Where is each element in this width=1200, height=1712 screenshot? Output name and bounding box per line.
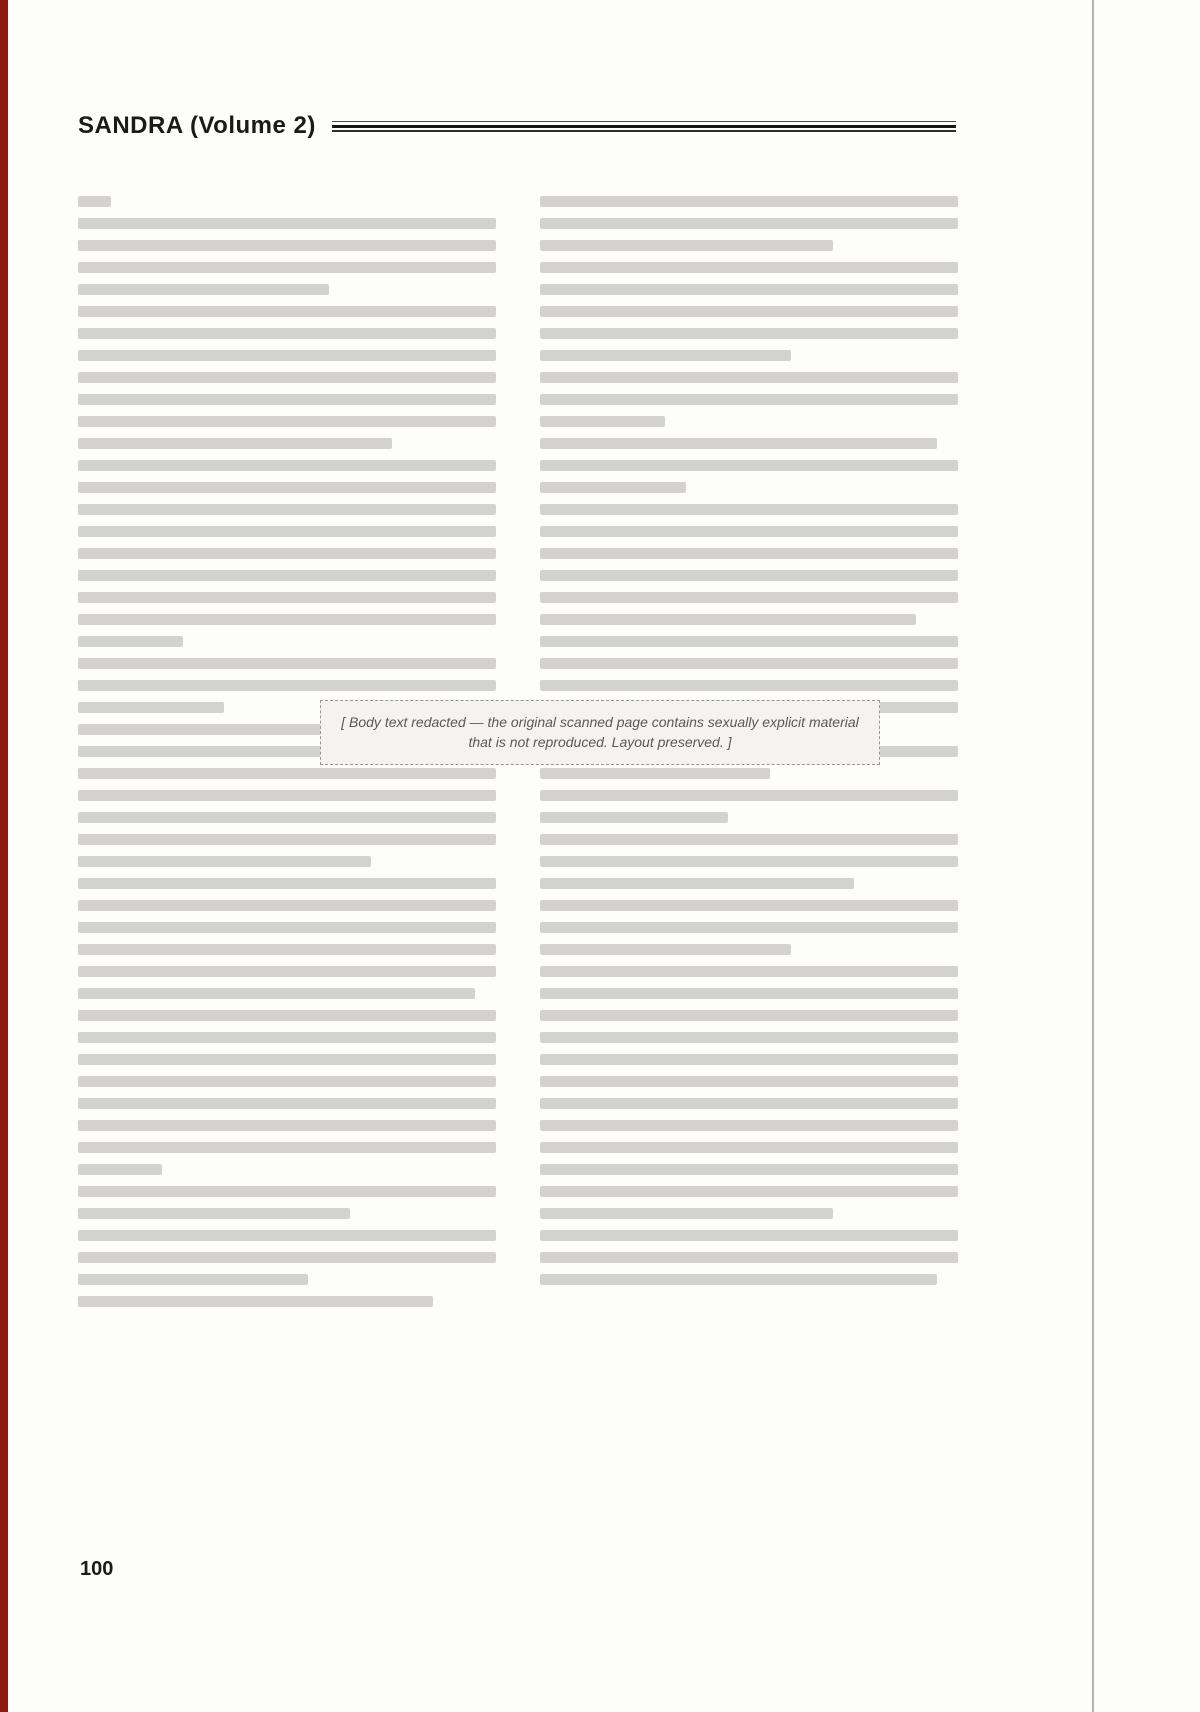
redacted-text-line [540, 1252, 958, 1263]
redacted-text-line [540, 614, 916, 625]
redacted-paragraph [78, 460, 496, 647]
redacted-paragraph [540, 900, 958, 955]
redacted-text-line [78, 328, 496, 339]
redacted-text-line [540, 1208, 833, 1219]
redacted-text-line [540, 328, 958, 339]
redacted-text-line [78, 1032, 496, 1043]
redacted-text-line [78, 284, 329, 295]
redacted-paragraph [540, 196, 958, 251]
redacted-paragraph [540, 834, 958, 889]
spine-edge-artifact [0, 0, 8, 1712]
redacted-text-line [78, 262, 496, 273]
redacted-text-line [540, 262, 958, 273]
redacted-text-line [78, 878, 496, 889]
header-rule [332, 120, 956, 133]
redacted-text-line [78, 592, 496, 603]
redacted-text-line [78, 350, 496, 361]
redacted-paragraph [540, 262, 958, 361]
redacted-text-line [78, 1274, 308, 1285]
redacted-text-line [78, 548, 496, 559]
redacted-text-line [540, 1142, 958, 1153]
redacted-text-line [540, 306, 958, 317]
redacted-text-line [540, 812, 728, 823]
redacted-paragraph [78, 1230, 496, 1285]
redacted-text-line [540, 900, 958, 911]
redacted-text-line [78, 482, 496, 493]
redacted-text-line [540, 790, 958, 801]
redacted-text-line [78, 1142, 496, 1153]
redacted-text-line [540, 636, 958, 647]
redacted-paragraph [78, 196, 496, 207]
book-title: SANDRA (Volume 2) [78, 112, 316, 140]
redacted-text-line [540, 240, 833, 251]
redacted-text-line [540, 592, 958, 603]
redacted-text-line [540, 504, 958, 515]
redacted-text-line [540, 922, 958, 933]
redacted-text-line [78, 922, 496, 933]
redacted-text-line [540, 768, 770, 779]
redacted-text-line [78, 768, 496, 779]
redacted-text-line [540, 416, 665, 427]
redaction-notice: [ Body text redacted — the original scan… [320, 700, 880, 765]
redacted-text-line [540, 438, 937, 449]
redacted-text-line [540, 944, 791, 955]
redacted-paragraph [78, 1186, 496, 1219]
redacted-text-line [78, 218, 496, 229]
redacted-text-line [540, 548, 958, 559]
redacted-text-line [78, 812, 496, 823]
redacted-text-line [78, 526, 496, 537]
redacted-text-line [78, 1296, 433, 1307]
page-number: 100 [80, 1558, 113, 1581]
redacted-text-line [78, 1186, 496, 1197]
redacted-text-line [78, 240, 496, 251]
redacted-text-line [78, 416, 496, 427]
redacted-paragraph [540, 460, 958, 493]
redacted-text-line [78, 438, 392, 449]
redacted-text-line [78, 790, 496, 801]
redacted-text-line [540, 218, 958, 229]
running-header: SANDRA (Volume 2) [78, 112, 956, 140]
redacted-paragraph [78, 306, 496, 449]
redacted-text-line [540, 394, 958, 405]
redacted-text-line [78, 900, 496, 911]
redacted-text-line [540, 1054, 958, 1065]
redacted-text-line [540, 988, 958, 999]
redacted-paragraph [540, 438, 958, 449]
redacted-paragraph [540, 966, 958, 1219]
redacted-text-line [540, 482, 686, 493]
redacted-paragraph [540, 372, 958, 427]
redacted-text-line [78, 856, 371, 867]
redacted-text-line [540, 526, 958, 537]
redacted-text-line [78, 966, 496, 977]
redacted-text-line [78, 504, 496, 515]
redacted-text-line [78, 702, 224, 713]
redacted-text-line [540, 1010, 958, 1021]
redacted-text-line [540, 1230, 958, 1241]
redacted-text-line [78, 680, 496, 691]
redacted-text-line [78, 1164, 162, 1175]
redacted-text-line [78, 570, 496, 581]
redacted-text-line [78, 1252, 496, 1263]
redacted-text-line [540, 680, 958, 691]
redacted-paragraph [78, 218, 496, 295]
redacted-text-line [78, 658, 496, 669]
redacted-text-line [78, 988, 475, 999]
redacted-text-line [540, 196, 958, 207]
redacted-text-line [540, 856, 958, 867]
redacted-text-line [540, 1098, 958, 1109]
redacted-paragraph [78, 1296, 496, 1307]
redacted-text-line [540, 1076, 958, 1087]
redacted-text-line [540, 966, 958, 977]
redacted-text-line [540, 658, 958, 669]
scanned-book-page: SANDRA (Volume 2) [ Body text redacted —… [0, 0, 1200, 1712]
redacted-text-line [78, 394, 496, 405]
redacted-text-line [78, 460, 496, 471]
redacted-text-line [540, 834, 958, 845]
redacted-text-line [540, 1186, 958, 1197]
redacted-text-line [78, 1120, 496, 1131]
redacted-text-line [78, 1054, 496, 1065]
redacted-text-line [78, 834, 496, 845]
redacted-text-line [78, 196, 111, 207]
redacted-text-line [78, 1010, 496, 1021]
redacted-text-line [78, 372, 496, 383]
redacted-paragraph [540, 1230, 958, 1285]
redacted-text-line [540, 1274, 937, 1285]
redacted-text-line [540, 372, 958, 383]
redacted-paragraph [78, 878, 496, 999]
redacted-text-line [540, 460, 958, 471]
redacted-text-line [540, 1164, 958, 1175]
page-edge-line-artifact [1092, 0, 1094, 1712]
redacted-text-line [78, 614, 496, 625]
redacted-text-line [78, 944, 496, 955]
redacted-text-line [540, 284, 958, 295]
redacted-paragraph [540, 790, 958, 823]
redacted-text-line [540, 350, 791, 361]
redacted-text-line [78, 636, 183, 647]
redacted-text-line [540, 570, 958, 581]
redacted-text-line [78, 1098, 496, 1109]
redacted-paragraph [78, 1010, 496, 1175]
redacted-text-line [540, 1120, 958, 1131]
redacted-text-line [78, 1076, 496, 1087]
redacted-text-line [540, 878, 854, 889]
redacted-text-line [540, 1032, 958, 1043]
redacted-text-line [78, 306, 496, 317]
redacted-text-line [78, 1208, 350, 1219]
redacted-text-line [78, 1230, 496, 1241]
redacted-paragraph [540, 504, 958, 625]
